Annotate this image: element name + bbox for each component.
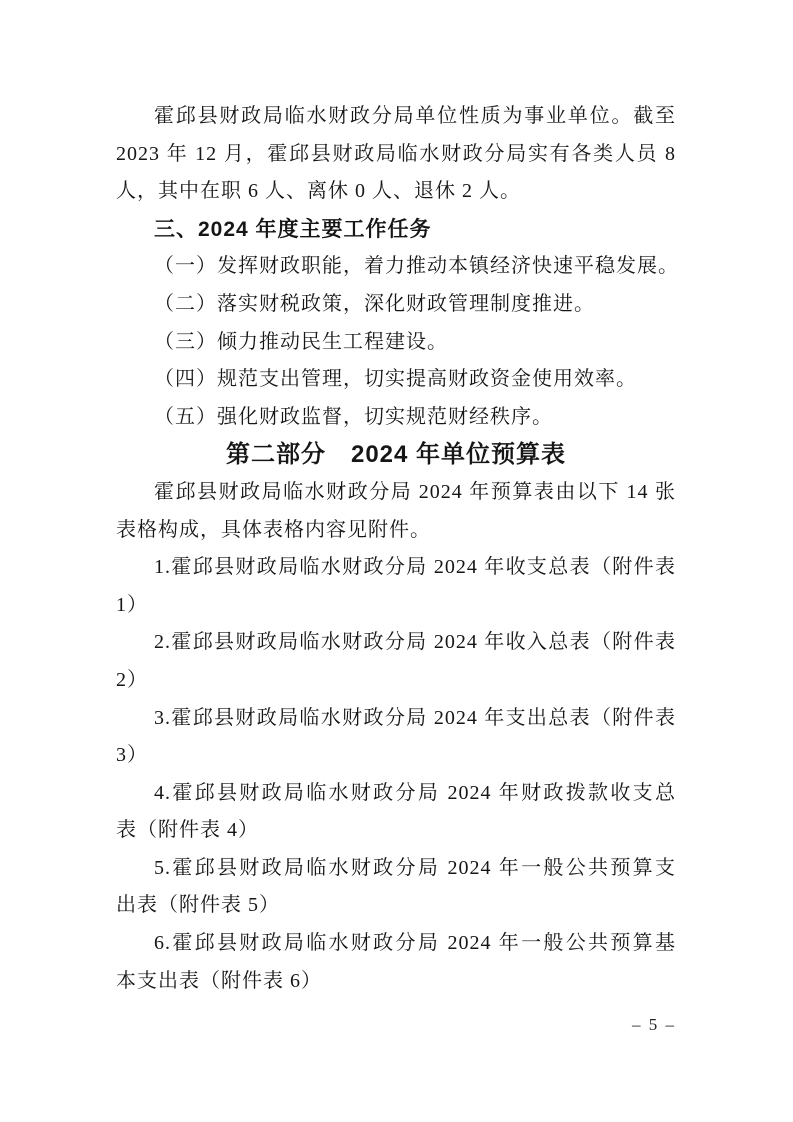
text-line: 2023 年 12 月，霍邱县财政局临水财政分局实有各类人员 8 xyxy=(116,136,676,174)
text-line: 2.霍邱县财政局临水财政分局 2024 年收入总表（附件表 xyxy=(116,624,676,662)
section-heading-tasks: 三、2024 年度主要工作任务 xyxy=(116,211,676,249)
text-line: 2） xyxy=(116,662,676,700)
table-item-1: 1.霍邱县财政局临水财政分局 2024 年收支总表（附件表1） xyxy=(116,549,676,624)
document-body: 霍邱县财政局临水财政分局单位性质为事业单位。截至2023 年 12 月，霍邱县财… xyxy=(116,98,676,1000)
budget-tables-intro: 霍邱县财政局临水财政分局 2024 年预算表由以下 14 张表格构成，具体表格内… xyxy=(116,474,676,549)
text-line: （三）倾力推动民生工程建设。 xyxy=(116,324,676,362)
page-number: – 5 – xyxy=(632,1012,676,1038)
text-line: 1.霍邱县财政局临水财政分局 2024 年收支总表（附件表 xyxy=(116,549,676,587)
text-line: 1） xyxy=(116,587,676,625)
part-two-heading: 第二部分 2024 年单位预算表 xyxy=(116,436,676,474)
text-line: （二）落实财税政策，深化财政管理制度推进。 xyxy=(116,286,676,324)
task-item-4: （四）规范支出管理，切实提高财政资金使用效率。 xyxy=(116,361,676,399)
intro-paragraph: 霍邱县财政局临水财政分局单位性质为事业单位。截至2023 年 12 月，霍邱县财… xyxy=(116,98,676,211)
table-item-2: 2.霍邱县财政局临水财政分局 2024 年收入总表（附件表2） xyxy=(116,624,676,699)
text-line: 3） xyxy=(116,737,676,775)
task-item-1: （一）发挥财政职能，着力推动本镇经济快速平稳发展。 xyxy=(116,248,676,286)
text-line: 霍邱县财政局临水财政分局 2024 年预算表由以下 14 张 xyxy=(116,474,676,512)
text-line: （四）规范支出管理，切实提高财政资金使用效率。 xyxy=(116,361,676,399)
table-item-4: 4.霍邱县财政局临水财政分局 2024 年财政拨款收支总表（附件表 4） xyxy=(116,775,676,850)
task-item-3: （三）倾力推动民生工程建设。 xyxy=(116,324,676,362)
task-item-5: （五）强化财政监督，切实规范财经秩序。 xyxy=(116,399,676,437)
text-line: 5.霍邱县财政局临水财政分局 2024 年一般公共预算支 xyxy=(116,850,676,888)
table-item-6: 6.霍邱县财政局临水财政分局 2024 年一般公共预算基本支出表（附件表 6） xyxy=(116,925,676,1000)
text-line: 表（附件表 4） xyxy=(116,812,676,850)
text-line: 人，其中在职 6 人、离休 0 人、退休 2 人。 xyxy=(116,173,676,211)
text-line: 第二部分 2024 年单位预算表 xyxy=(116,436,676,474)
text-line: 霍邱县财政局临水财政分局单位性质为事业单位。截至 xyxy=(116,98,676,136)
text-line: 三、2024 年度主要工作任务 xyxy=(116,211,676,249)
text-line: （一）发挥财政职能，着力推动本镇经济快速平稳发展。 xyxy=(116,248,676,286)
text-line: 表格构成，具体表格内容见附件。 xyxy=(116,512,676,550)
text-line: 本支出表（附件表 6） xyxy=(116,963,676,1001)
table-item-5: 5.霍邱县财政局临水财政分局 2024 年一般公共预算支出表（附件表 5） xyxy=(116,850,676,925)
table-item-3: 3.霍邱县财政局临水财政分局 2024 年支出总表（附件表3） xyxy=(116,700,676,775)
text-line: 4.霍邱县财政局临水财政分局 2024 年财政拨款收支总 xyxy=(116,775,676,813)
task-item-2: （二）落实财税政策，深化财政管理制度推进。 xyxy=(116,286,676,324)
document-page: 霍邱县财政局临水财政分局单位性质为事业单位。截至2023 年 12 月，霍邱县财… xyxy=(0,0,793,1122)
text-line: 6.霍邱县财政局临水财政分局 2024 年一般公共预算基 xyxy=(116,925,676,963)
text-line: 出表（附件表 5） xyxy=(116,887,676,925)
text-line: 3.霍邱县财政局临水财政分局 2024 年支出总表（附件表 xyxy=(116,700,676,738)
text-line: （五）强化财政监督，切实规范财经秩序。 xyxy=(116,399,676,437)
